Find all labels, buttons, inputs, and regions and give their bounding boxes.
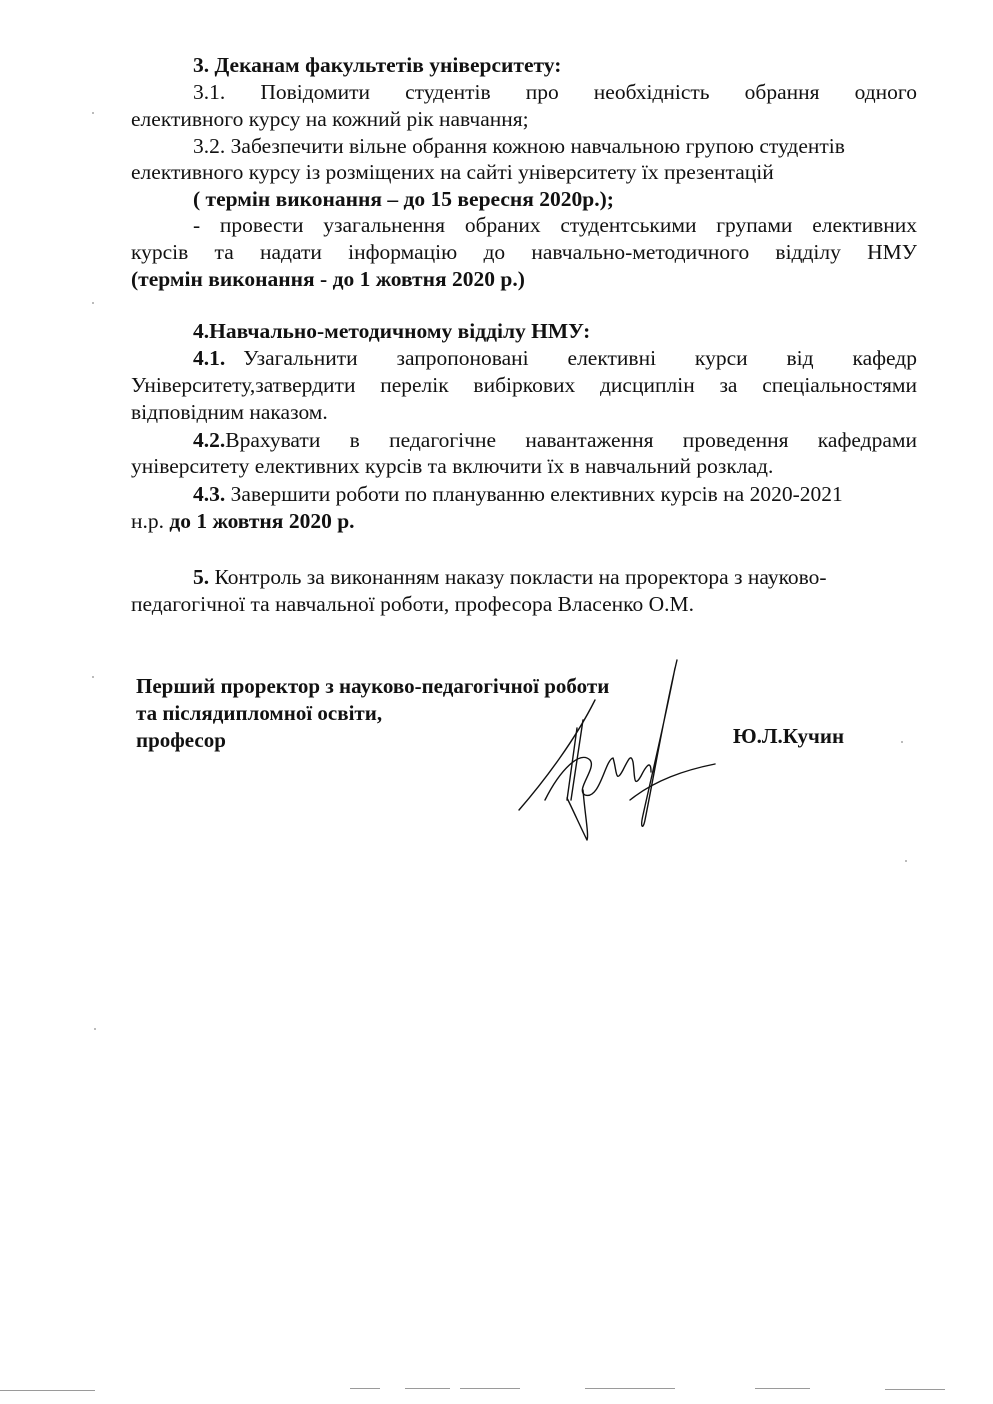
- word: необхідність: [594, 79, 710, 105]
- item-3-3-line1: - провести узагальнення обраних студентс…: [193, 212, 917, 238]
- scan-speck: [94, 1028, 96, 1030]
- item-3-2-line1: 3.2. Забезпечити вільне обрання кожною н…: [193, 133, 917, 159]
- item-number: 4.1.: [193, 345, 225, 371]
- scan-speck: [905, 860, 907, 862]
- item-text: н.р.: [131, 509, 169, 533]
- item-text: Контроль за виконанням наказу покласти н…: [209, 565, 826, 589]
- item-4-1-line2: Університету,затвердити перелік вибірков…: [131, 372, 917, 398]
- scan-edge-line: [405, 1388, 450, 1389]
- item-4-1-line3: відповідним наказом.: [131, 399, 917, 425]
- scan-edge-line: [755, 1388, 810, 1389]
- item-text: Узагальнити запропоновані елективні курс…: [243, 345, 917, 371]
- item-3-2-deadline: ( термін виконання – до 15 вересня 2020р…: [193, 186, 917, 212]
- item-number: 4.3.: [193, 482, 225, 506]
- section-5-line2: педагогічної та навчальної роботи, профе…: [131, 591, 917, 617]
- handwritten-signature-icon: [505, 650, 725, 850]
- signatory-title-line2: та післядипломної освіти,: [136, 700, 382, 726]
- word: одного: [855, 79, 917, 105]
- scan-speck: [901, 741, 903, 743]
- section-4-heading: 4.Навчально-методичному відділу НМУ:: [193, 318, 917, 344]
- scan-speck: [92, 302, 94, 304]
- item-3-3-line2: курсів та надати інформацію до навчально…: [131, 239, 917, 265]
- item-4-2-line2: університету елективних курсів та включи…: [131, 453, 917, 479]
- item-3-1-line1: 3.1. Повідомити студентів про необхідніс…: [193, 79, 917, 105]
- scan-edge-line: [0, 1390, 95, 1391]
- scan-edge-line: [585, 1388, 675, 1389]
- signatory-title-line3: професор: [136, 727, 226, 753]
- item-number: 5.: [193, 565, 209, 589]
- item-deadline: до 1 жовтня 2020 р.: [169, 509, 354, 533]
- word: обрання: [745, 79, 820, 105]
- item-4-2-line1: 4.2. Врахувати в педагогічне навантаженн…: [193, 427, 917, 453]
- item-3-1-line2: елективного курсу на кожний рік навчання…: [131, 106, 917, 132]
- scan-edge-line: [885, 1389, 945, 1390]
- item-4-3-line1: 4.3. Завершити роботи по плануванню елек…: [193, 481, 917, 507]
- section-3-heading: 3. Деканам факультетів університету:: [193, 52, 917, 78]
- word: студентів: [405, 79, 491, 105]
- section-5-line1: 5. Контроль за виконанням наказу покласт…: [193, 564, 917, 590]
- word: про: [526, 79, 559, 105]
- scan-edge-line: [460, 1388, 520, 1389]
- item-3-3-deadline: (термін виконання - до 1 жовтня 2020 р.): [131, 266, 917, 292]
- item-4-1-line1: 4.1. Узагальнити запропоновані елективні…: [193, 345, 917, 371]
- item-number: 4.2.: [193, 427, 225, 453]
- item-text: Завершити роботи по плануванню елективни…: [225, 482, 843, 506]
- word: Повідомити: [260, 79, 370, 105]
- item-text: Врахувати в педагогічне навантаження про…: [225, 427, 917, 453]
- scan-speck: [92, 676, 94, 678]
- signatory-name: Ю.Л.Кучин: [733, 723, 844, 749]
- item-4-3-line2: н.р. до 1 жовтня 2020 р.: [131, 508, 917, 534]
- scan-edge-line: [350, 1388, 380, 1389]
- scan-speck: [92, 112, 94, 114]
- item-3-2-line2: елективного курсу із розміщених на сайті…: [131, 159, 917, 185]
- item-number: 3.1.: [193, 79, 225, 105]
